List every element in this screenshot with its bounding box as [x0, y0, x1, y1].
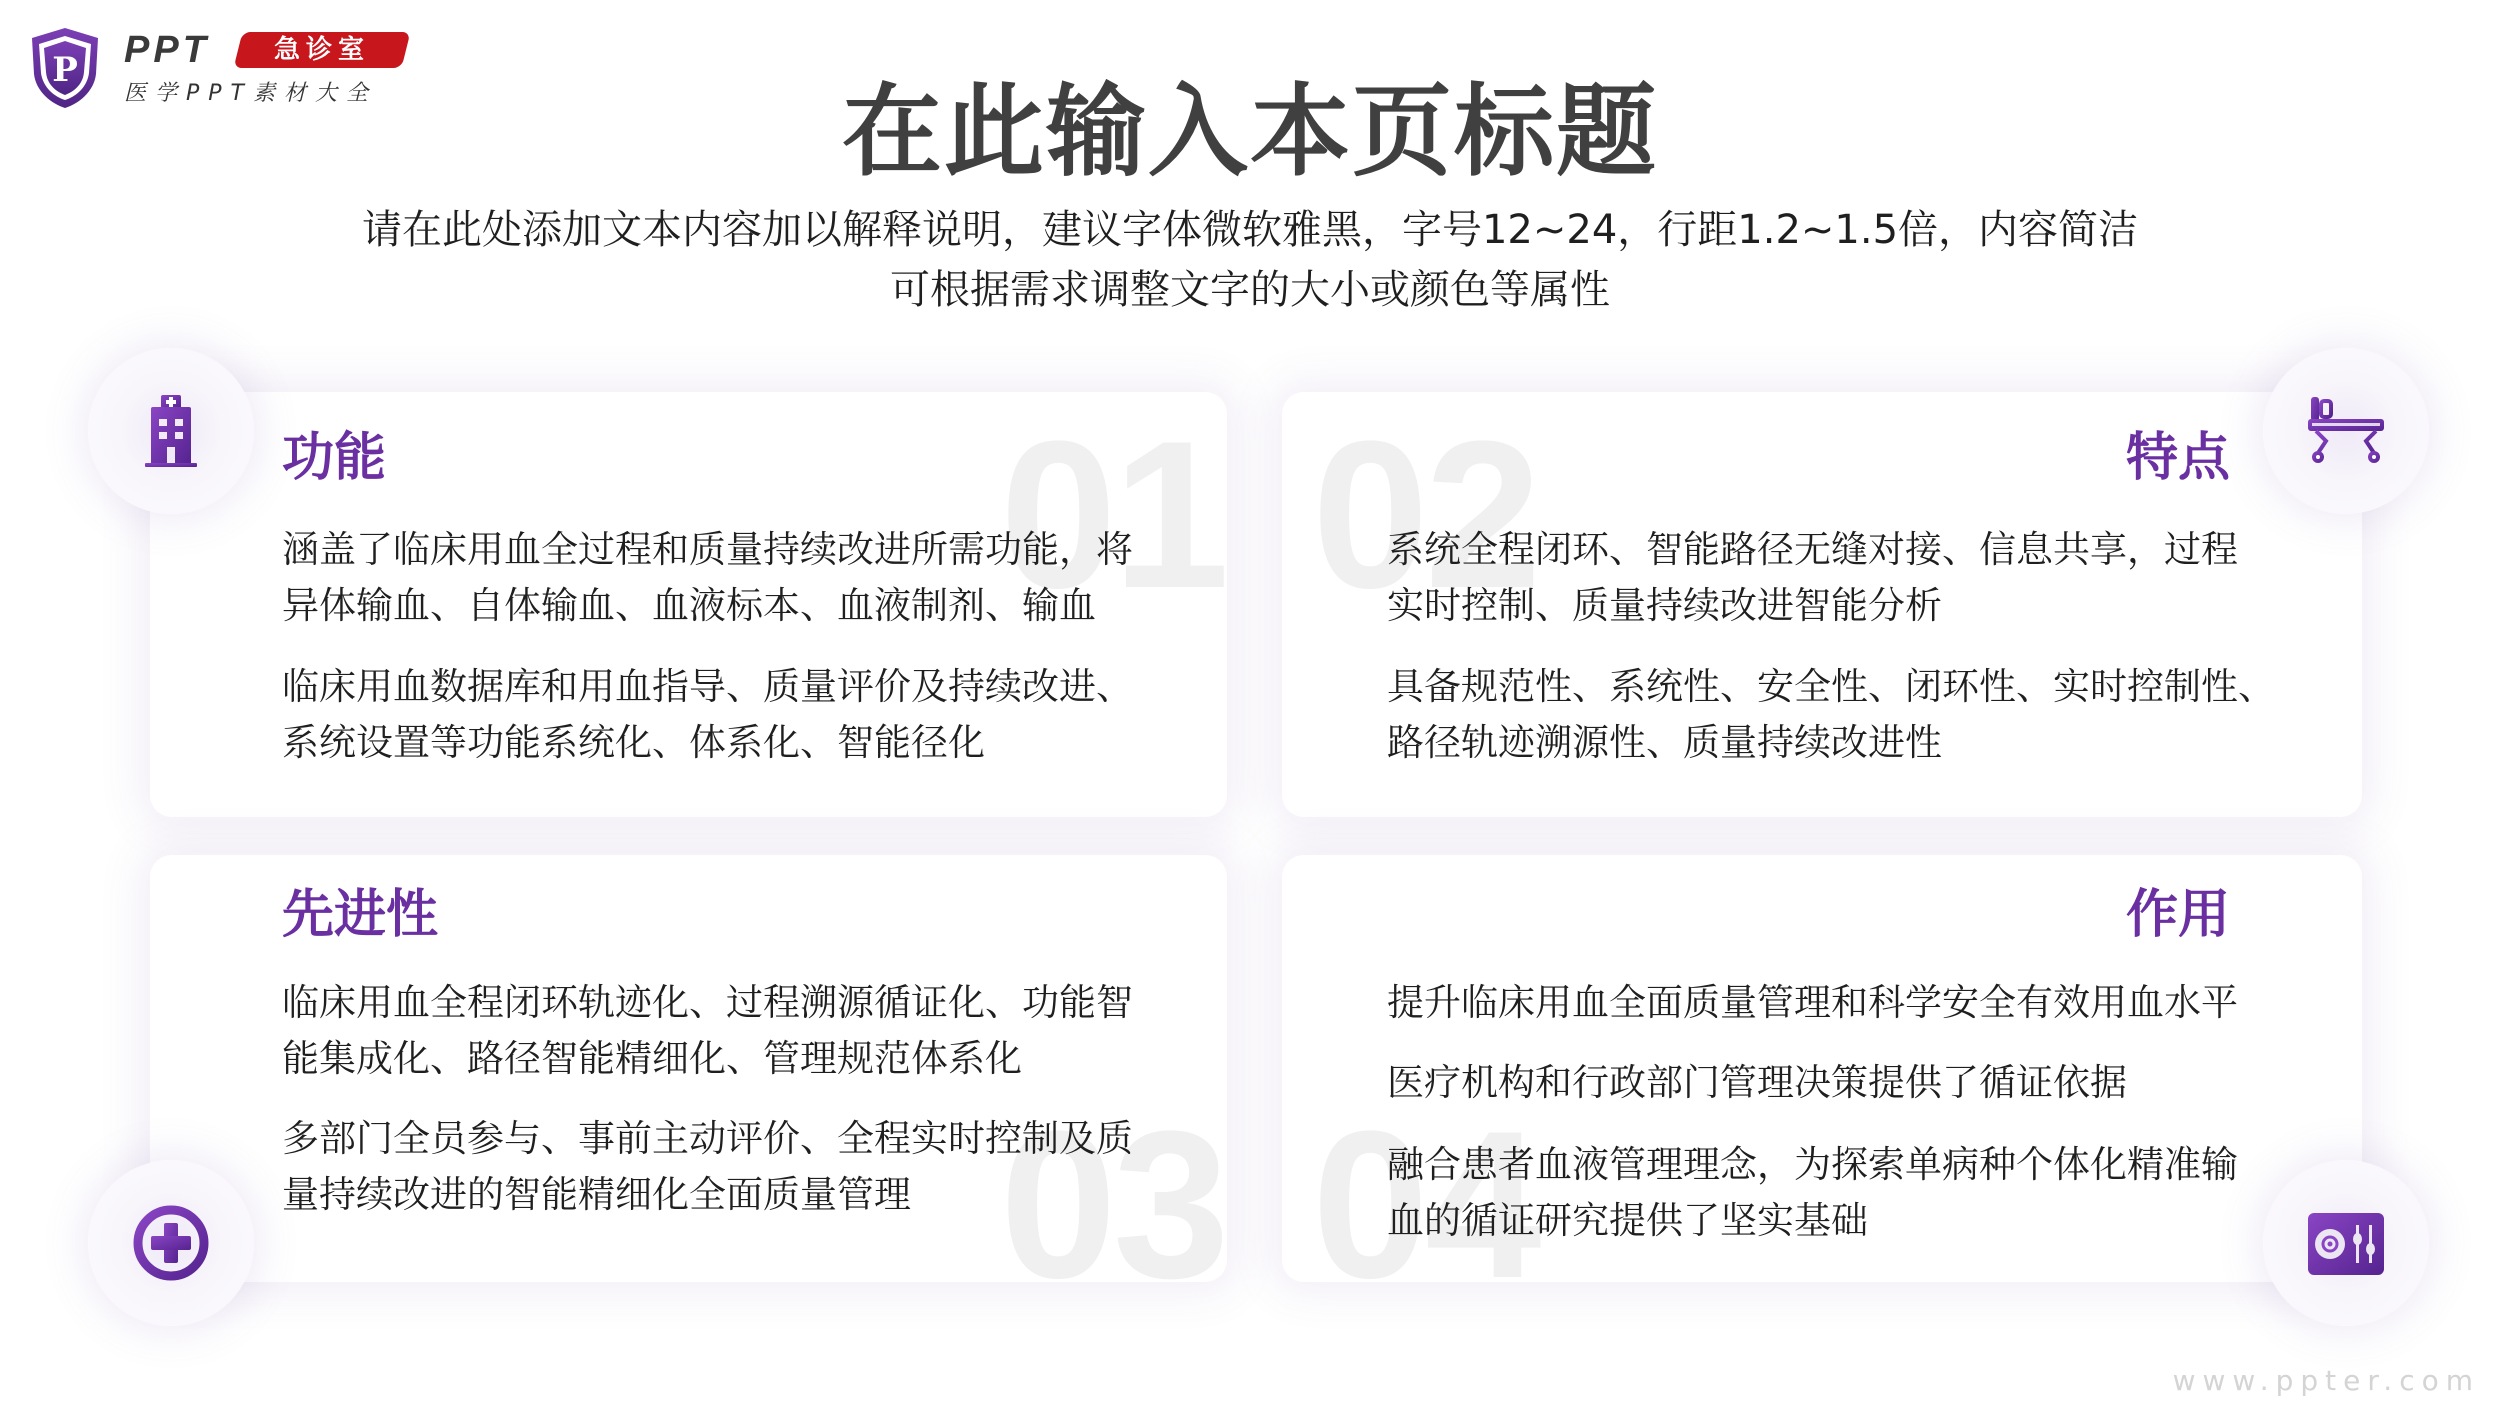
- card-heading: 先进性: [282, 885, 438, 945]
- card-features: 02 特点 系统全程闭环、智能路径无缝对接、信息共享，过程实时控制、质量持续改进…: [1282, 392, 2362, 817]
- card-paragraph: 具备规范性、系统性、安全性、闭环性、实时控制性、路径轨迹溯源性、质量持续改进性: [1387, 659, 2287, 771]
- icon-circle-effect: [2263, 1160, 2429, 1326]
- hospital-building-icon: [131, 391, 211, 471]
- brand-name: PPT: [124, 30, 210, 70]
- icon-circle-advancement: [88, 1160, 254, 1326]
- icon-circle-features: [2263, 348, 2429, 514]
- card-paragraph: 多部门全员参与、事前主动评价、全程实时控制及质量持续改进的智能精细化全面质量管理: [282, 1111, 1162, 1223]
- card-paragraph: 系统全程闭环、智能路径无缝对接、信息共享，过程实时控制、质量持续改进智能分析: [1387, 522, 2267, 634]
- card-paragraph: 临床用血数据库和用血指导、质量评价及持续改进、系统设置等功能系统化、体系化、智能…: [282, 659, 1162, 771]
- card-heading: 功能: [282, 428, 386, 488]
- subtitle-line-2: 可根据需求调整文字的大小或颜色等属性: [0, 260, 2500, 320]
- hospital-stretcher-icon: [2306, 391, 2386, 471]
- card-paragraph: 提升临床用血全面质量管理和科学安全有效用血水平: [1387, 975, 2287, 1031]
- card-paragraph: 融合患者血液管理理念，为探索单病种个体化精准输血的循证研究提供了坚实基础: [1387, 1137, 2267, 1249]
- card-function: 01 功能 涵盖了临床用血全过程和质量持续改进所需功能，将异体输血、自体输血、血…: [150, 392, 1227, 817]
- page-subtitle: 请在此处添加文本内容加以解释说明，建议字体微软雅黑，字号12~24，行距1.2~…: [0, 200, 2500, 320]
- card-paragraph: 涵盖了临床用血全过程和质量持续改进所需功能，将异体输血、自体输血、血液标本、血液…: [282, 522, 1162, 634]
- card-paragraph: 医疗机构和行政部门管理决策提供了循证依据: [1387, 1055, 2287, 1111]
- card-effect: 04 作用 提升临床用血全面质量管理和科学安全有效用血水平 医疗机构和行政部门管…: [1282, 855, 2362, 1282]
- medical-cross-circle-icon: [131, 1203, 211, 1283]
- card-heading: 特点: [2126, 428, 2230, 488]
- card-paragraph: 临床用血全程闭环轨迹化、过程溯源循证化、功能智能集成化、路径智能精细化、管理规范…: [282, 975, 1162, 1087]
- brand-badge: 急诊室: [234, 32, 411, 68]
- card-advancement: 03 先进性 临床用血全程闭环轨迹化、过程溯源循证化、功能智能集成化、路径智能精…: [150, 855, 1227, 1282]
- footer-website-url: www.ppter.com: [2173, 1364, 2480, 1397]
- device-control-panel-icon: [2306, 1203, 2386, 1283]
- icon-circle-function: [88, 348, 254, 514]
- card-heading: 作用: [2126, 885, 2230, 945]
- page-title: 在此输入本页标题: [0, 72, 2500, 192]
- subtitle-line-1: 请在此处添加文本内容加以解释说明，建议字体微软雅黑，字号12~24，行距1.2~…: [0, 200, 2500, 260]
